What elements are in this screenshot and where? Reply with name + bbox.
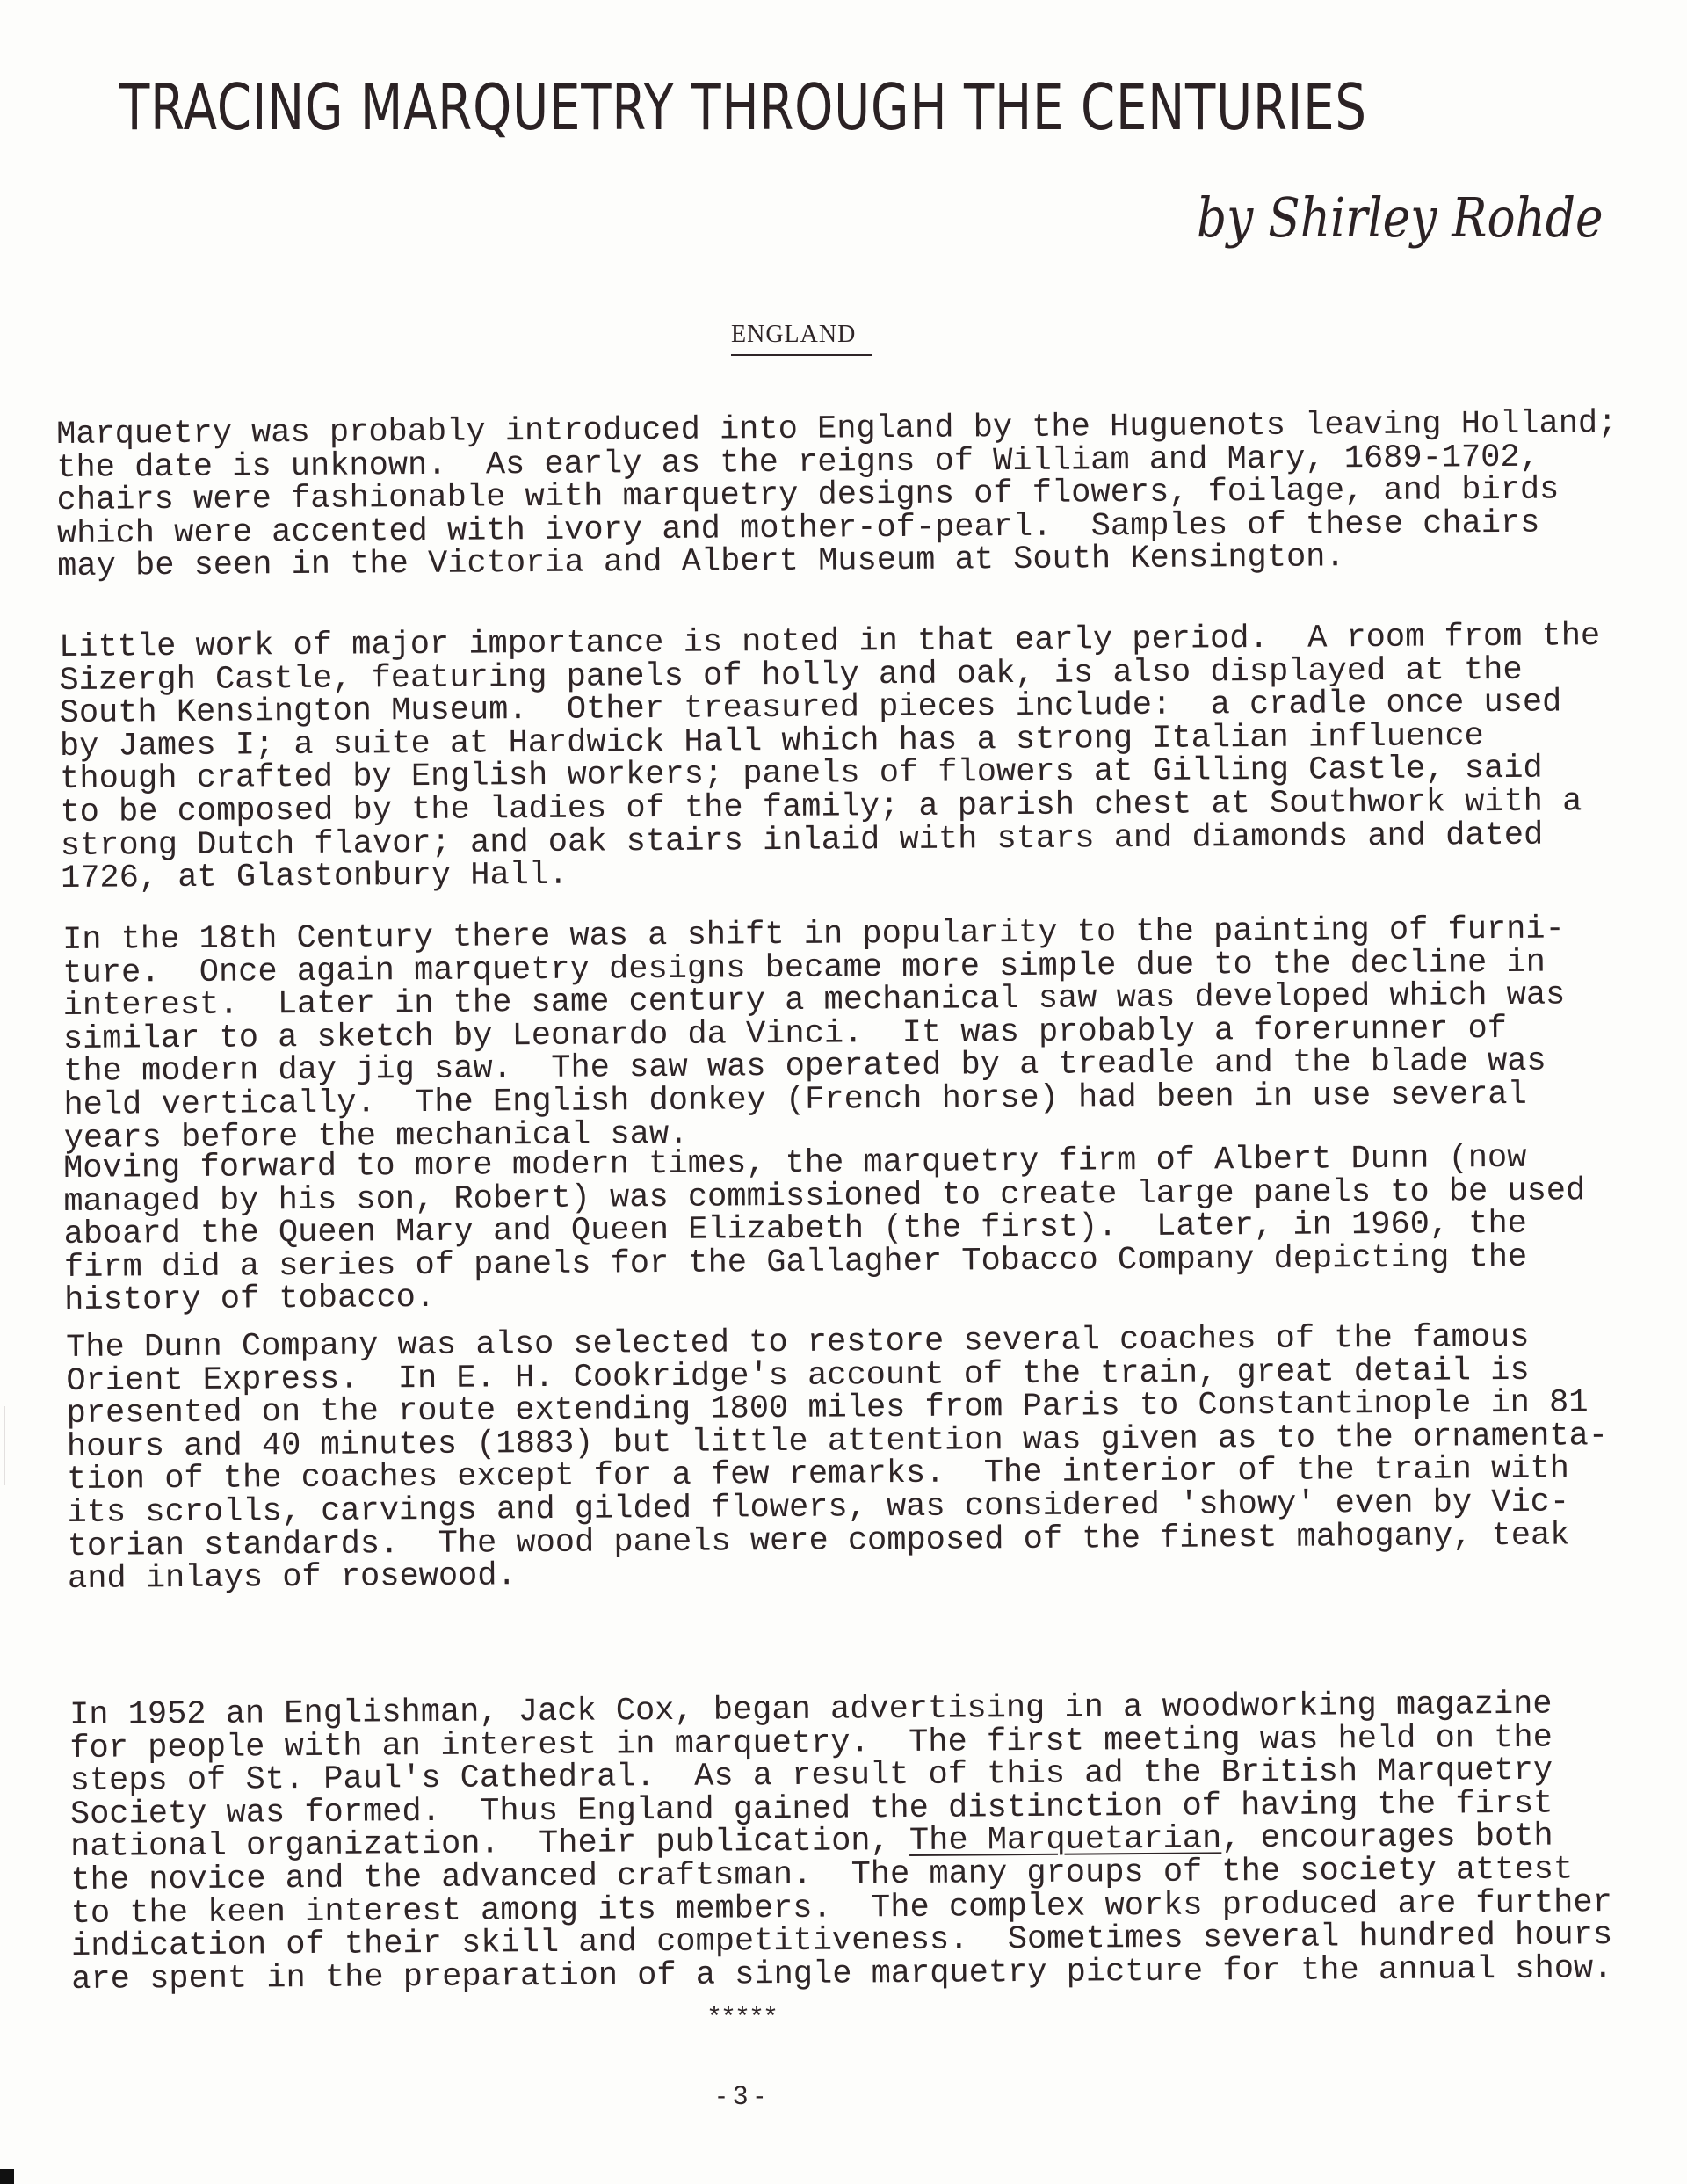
- paragraph-5: The Dunn Company was also selected to re…: [66, 1321, 1609, 1597]
- text-line: may be seen in the Victoria and Albert M…: [57, 540, 1618, 584]
- author-byline: by Shirley Rohde: [1197, 183, 1604, 253]
- section-heading-underline: [731, 354, 872, 356]
- text-line: are spent in the preparation of a single…: [71, 1953, 1612, 1997]
- article-title: TRACING MARQUETRY THROUGH THE CENTURIES: [119, 72, 1243, 142]
- scan-artifact: [0, 2169, 14, 2184]
- scan-edge-mark: [4, 1406, 5, 1485]
- section-heading: ENGLAND: [731, 320, 856, 350]
- paragraph-3: In the 18th Century there was a shift in…: [62, 913, 1567, 1156]
- paragraph-6: In 1952 an Englishman, Jack Cox, began a…: [69, 1688, 1613, 1997]
- section-separator: *****: [706, 2004, 777, 2034]
- page-number: - 3 -: [717, 2081, 764, 2111]
- paragraph-1: Marquetry was probably introduced into E…: [56, 408, 1618, 584]
- paragraph-2: Little work of major importance is noted…: [59, 620, 1602, 896]
- paragraph-4: Moving forward to more modern times, the…: [63, 1142, 1586, 1318]
